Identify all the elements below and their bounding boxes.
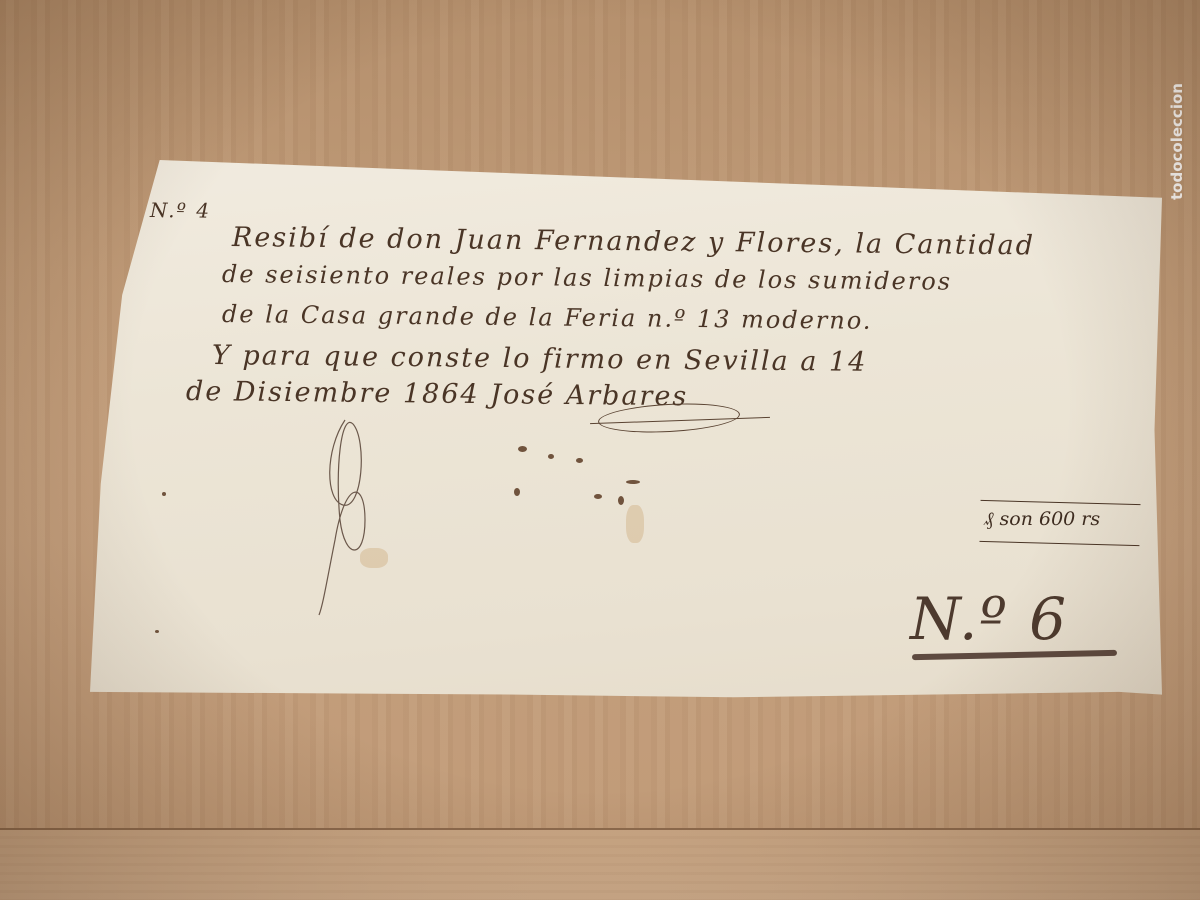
ink-blot — [576, 458, 583, 463]
flourish-mark-icon — [315, 410, 385, 620]
corner-note-number: N.º 4 — [150, 198, 211, 223]
ink-blot — [626, 480, 640, 484]
paper-stain — [360, 548, 388, 568]
ink-blot — [618, 496, 624, 505]
ink-blot — [548, 454, 554, 459]
ink-blot — [518, 446, 527, 452]
folio-number: N.º 6 — [910, 585, 1068, 653]
receipt-line-5-signature: de Disiembre 1864 José Arbares — [186, 376, 689, 412]
watermark-text: todocoleccion — [1168, 40, 1192, 200]
ink-blot — [594, 494, 602, 499]
ink-blot — [514, 488, 520, 496]
ink-blot — [162, 492, 166, 496]
ink-blot — [155, 630, 159, 633]
amount-note: ₰ son 600 rs — [984, 508, 1100, 531]
wooden-shelf-edge — [0, 828, 1200, 900]
paper-stain — [626, 505, 644, 543]
